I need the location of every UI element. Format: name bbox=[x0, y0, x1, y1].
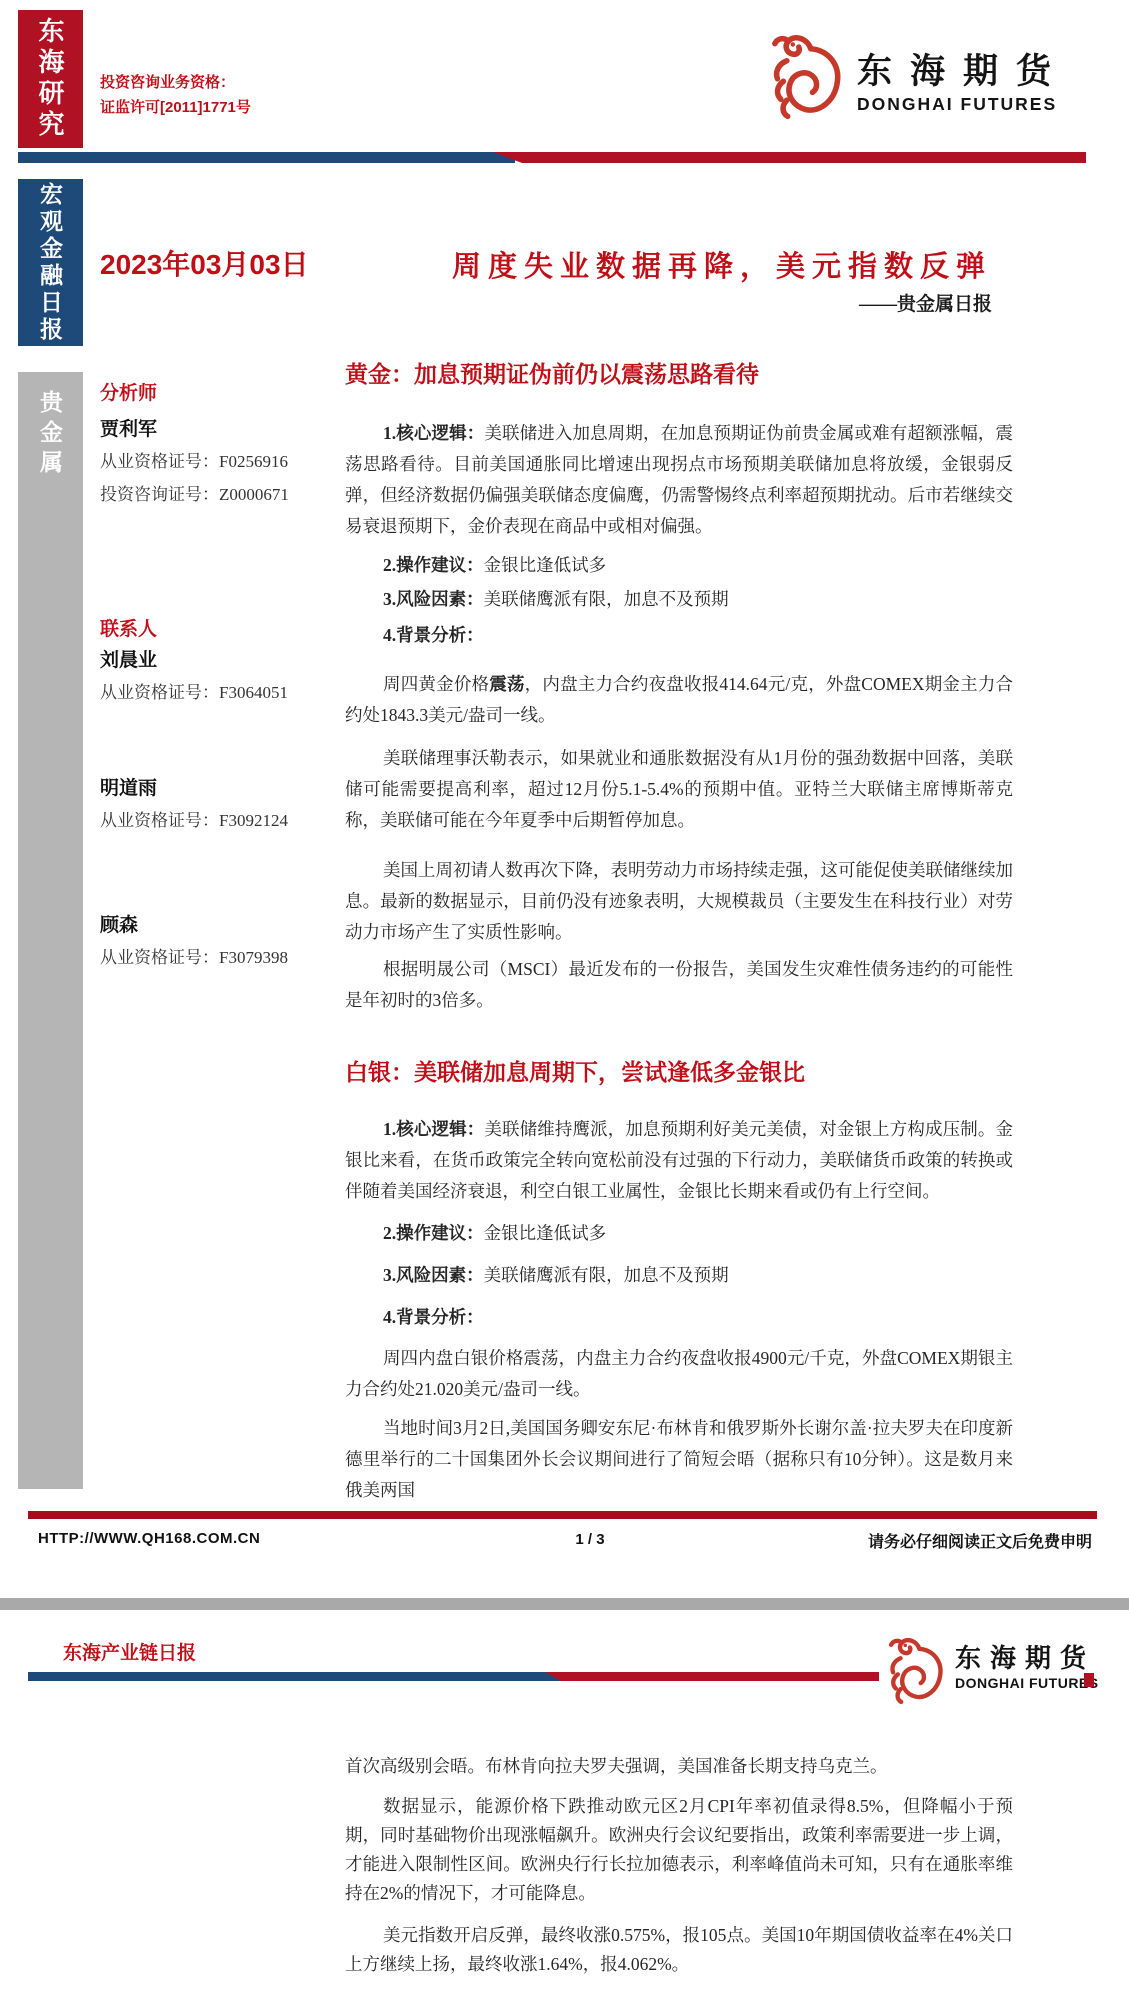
paragraph-label: 1.核心逻辑： bbox=[383, 423, 484, 443]
report-document: { "colors":{ "brand_red":"#b01123","text… bbox=[0, 0, 1129, 2011]
contact-name: 明道雨 bbox=[100, 773, 157, 800]
category-band: 贵金属 bbox=[18, 372, 83, 1489]
logo-red-square bbox=[1084, 1673, 1094, 1687]
article-content: 黄金：加息预期证伪前仍以震荡思路看待1.核心逻辑：美联储进入加息周期，在加息预期… bbox=[345, 358, 1013, 1506]
qualification-line1: 投资咨询业务资格： bbox=[100, 70, 251, 95]
paragraph-label: 4.背景分析： bbox=[383, 1307, 484, 1327]
header-divider-blue bbox=[18, 152, 515, 163]
report-date: 2023年03月03日 bbox=[100, 243, 309, 283]
section-heading: 黄金：加息预期证伪前仍以震荡思路看待 bbox=[345, 358, 1013, 390]
dragon-logo-icon bbox=[768, 28, 845, 126]
paragraph: 根据明晟公司（MSCI）最近发布的一份报告，美国发生灾难性债务违约的可能性是年初… bbox=[345, 954, 1013, 1016]
paragraph: 2.操作建议：金银比逢低试多 bbox=[345, 550, 1013, 581]
logo-en-text: DONGHAI FUTURES bbox=[857, 92, 1069, 116]
footer-rule bbox=[28, 1511, 1097, 1519]
contact-cert: 从业资格证号：F3079398 bbox=[100, 943, 288, 968]
paragraph-label: 2.操作建议： bbox=[383, 1223, 484, 1243]
paragraph: 4.背景分析： bbox=[345, 1302, 1013, 1333]
paragraph: 首次高级别会晤。布林肯向拉夫罗夫强调，美国准备长期支持乌克兰。 bbox=[345, 1752, 1013, 1781]
logo-en-text: DONGHAI FUTURES bbox=[955, 1674, 1099, 1692]
paragraph: 美国上周初请人数再次下降，表明劳动力市场持续走强，这可能促使美联储继续加息。最新… bbox=[345, 855, 1013, 948]
qualification-line2: 证监许可[2011]1771号 bbox=[100, 95, 251, 120]
contact-cert: 从业资格证号：F3064051 bbox=[100, 678, 288, 703]
footer-website-link[interactable]: HTTP://WWW.QH168.COM.CN bbox=[38, 1530, 260, 1547]
page-number: 1 / 3 bbox=[545, 1531, 635, 1548]
paragraph: 周四内盘白银价格震荡，内盘主力合约夜盘收报4900元/千克，外盘COMEX期银主… bbox=[345, 1343, 1013, 1405]
paragraph-label: 3.风险因素： bbox=[383, 589, 484, 609]
logo-text: 东海期货 DONGHAI FUTURES bbox=[955, 1634, 1099, 1692]
contact-cert: 从业资格证号：F3092124 bbox=[100, 806, 288, 831]
category-label: 贵金属 bbox=[34, 372, 67, 1489]
paragraph: 数据显示，能源价格下跌推动欧元区2月CPI年率初值录得8.5%，但降幅小于预期，… bbox=[345, 1792, 1013, 1908]
paragraph-text: 周四黄金价格 bbox=[383, 674, 489, 694]
paragraph-text: 数据显示，能源价格下跌推动欧元区2月CPI年率初值录得8.5%，但降幅小于预期，… bbox=[345, 1796, 1013, 1903]
paragraph: 周四黄金价格震荡，内盘主力合约夜盘收报414.64元/克，外盘COMEX期金主力… bbox=[345, 669, 1013, 731]
company-logo: 东海期货 DONGHAI FUTURES bbox=[768, 28, 1069, 126]
logo-cn-text: 东海期货 bbox=[857, 52, 1069, 92]
paragraph-text: 美联储理事沃勒表示，如果就业和通胀数据没有从1月份的强劲数据中回落，美联储可能需… bbox=[345, 748, 1013, 830]
paragraph-text: 美国上周初请人数再次下降，表明劳动力市场持续走强，这可能促使美联储继续加息。最新… bbox=[345, 860, 1013, 942]
paragraph-text: 周四内盘白银价格震荡，内盘主力合约夜盘收报4900元/千克，外盘COMEX期银主… bbox=[345, 1348, 1013, 1399]
paragraph-text: 美联储鹰派有限，加息不及预期 bbox=[484, 1265, 729, 1285]
paragraph: 1.核心逻辑：美联储维持鹰派，加息预期利好美元美债，对金银上方构成压制。金银比来… bbox=[345, 1114, 1013, 1207]
logo-text: 东海期货 DONGHAI FUTURES bbox=[857, 28, 1069, 116]
page2-divider-red bbox=[545, 1672, 879, 1681]
header-divider-red bbox=[493, 152, 1086, 163]
paragraph-text: 当地时间3月2日,美国国务卿安东尼·布林肯和俄罗斯外长谢尔盖·拉夫罗夫在印度新德… bbox=[345, 1418, 1013, 1500]
paragraph: 2.操作建议：金银比逢低试多 bbox=[345, 1218, 1013, 1249]
analyst-cert-2: 投资咨询证号：Z0000671 bbox=[100, 480, 289, 505]
footer-disclaimer: 请务必仔细阅读正文后免费申明 bbox=[868, 1529, 1092, 1552]
paragraph-label: 2.操作建议： bbox=[383, 555, 484, 575]
analyst-name: 贾利军 bbox=[100, 414, 157, 441]
qualification-text: 投资咨询业务资格： 证监许可[2011]1771号 bbox=[100, 70, 251, 120]
page2-article-content: 首次高级别会晤。布林肯向拉夫罗夫强调，美国准备长期支持乌克兰。数据显示，能源价格… bbox=[345, 1752, 1013, 1979]
paragraph: 3.风险因素：美联储鹰派有限，加息不及预期 bbox=[345, 1260, 1013, 1291]
brand-research-band: 东海研究 bbox=[18, 10, 83, 148]
report-subtitle: ——贵金属日报 bbox=[600, 289, 992, 316]
company-logo: 东海期货 DONGHAI FUTURES bbox=[885, 1634, 1099, 1708]
paragraph-label: 震荡 bbox=[489, 674, 524, 694]
page2-header-title: 东海产业链日报 bbox=[63, 1638, 196, 1665]
analyst-cert-1: 从业资格证号：F0256916 bbox=[100, 447, 288, 472]
page-break-separator bbox=[0, 1598, 1129, 1610]
paragraph-label: 3.风险因素： bbox=[383, 1265, 484, 1285]
section-heading: 白银：美联储加息周期下，尝试逢低多金银比 bbox=[345, 1056, 1013, 1088]
paragraph: 1.核心逻辑：美联储进入加息周期，在加息预期证伪前贵金属或难有超额涨幅，震荡思路… bbox=[345, 418, 1013, 542]
paragraph: 4.背景分析： bbox=[345, 620, 1013, 651]
brand-research-label: 东海研究 bbox=[32, 17, 69, 141]
paragraph: 3.风险因素：美联储鹰派有限，加息不及预期 bbox=[345, 584, 1013, 615]
report-section: 黄金：加息预期证伪前仍以震荡思路看待1.核心逻辑：美联储进入加息周期，在加息预期… bbox=[345, 358, 1013, 1016]
paragraph-text: 金银比逢低试多 bbox=[484, 555, 607, 575]
contact-name: 顾森 bbox=[100, 910, 138, 937]
paragraph-text: 首次高级别会晤。布林肯向拉夫罗夫强调，美国准备长期支持乌克兰。 bbox=[345, 1756, 888, 1776]
paragraph-text: 美联储鹰派有限，加息不及预期 bbox=[484, 589, 729, 609]
logo-cn-text: 东海期货 bbox=[955, 1644, 1099, 1674]
paragraph: 美元指数开启反弹，最终收涨0.575%，报105点。美国10年期国债收益率在4%… bbox=[345, 1921, 1013, 1979]
paragraph-label: 1.核心逻辑： bbox=[383, 1119, 484, 1139]
paragraph: 美联储理事沃勒表示，如果就业和通胀数据没有从1月份的强劲数据中回落，美联储可能需… bbox=[345, 743, 1013, 836]
report-section: 白银：美联储加息周期下，尝试逢低多金银比1.核心逻辑：美联储维持鹰派，加息预期利… bbox=[345, 1056, 1013, 1506]
analyst-label: 分析师 bbox=[100, 378, 157, 405]
report-type-label: 宏观金融日报 bbox=[34, 182, 67, 344]
page2-divider-blue bbox=[28, 1672, 561, 1681]
paragraph-text: 美元指数开启反弹，最终收涨0.575%，报105点。美国10年期国债收益率在4%… bbox=[345, 1925, 1013, 1974]
paragraph-text: 金银比逢低试多 bbox=[484, 1223, 607, 1243]
report-title: 周度失业数据再降，美元指数反弹 bbox=[400, 244, 992, 285]
paragraph-text: 根据明晟公司（MSCI）最近发布的一份报告，美国发生灾难性债务违约的可能性是年初… bbox=[345, 959, 1013, 1010]
contact-name: 刘晨业 bbox=[100, 645, 157, 672]
paragraph-label: 4.背景分析： bbox=[383, 625, 484, 645]
contact-label: 联系人 bbox=[100, 614, 157, 641]
dragon-logo-icon bbox=[885, 1634, 947, 1708]
paragraph: 当地时间3月2日,美国国务卿安东尼·布林肯和俄罗斯外长谢尔盖·拉夫罗夫在印度新德… bbox=[345, 1413, 1013, 1506]
report-type-band: 宏观金融日报 bbox=[18, 179, 83, 346]
